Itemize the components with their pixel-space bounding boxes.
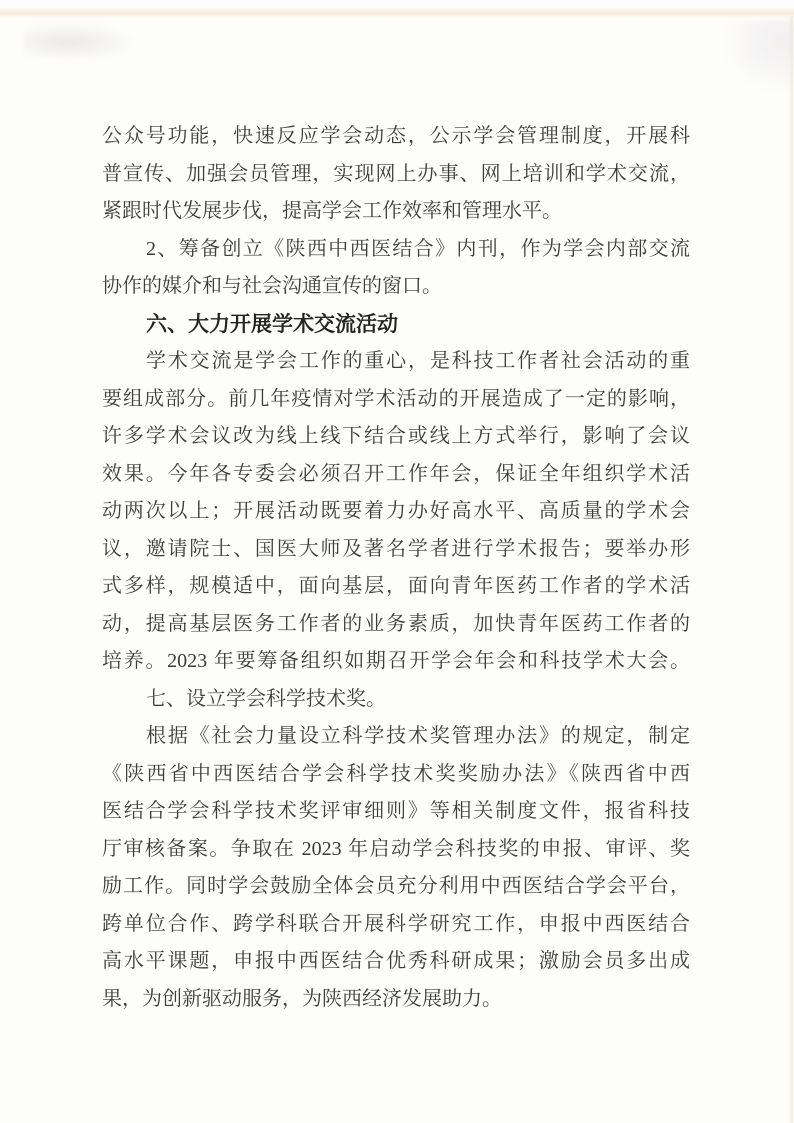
para-science-award-line-1: 根据《社会力量设立科学技术奖管理办法》的规定，制定 [102, 718, 690, 756]
scanned-document-page: 公众号功能，快速反应学会动态，公示学会管理制度，开展科普宣传、加强会员管理，实现… [0, 0, 794, 1123]
heading-section-6-line-1: 六、大力开展学术交流活动 [102, 306, 690, 344]
para-science-award-line-5: 励工作。同时学会鼓励全体会员充分利用中西医结合学会平台， [102, 868, 690, 906]
scan-artifact-smudge-top-left [24, 24, 134, 60]
para-neikan-line-1: 2、筹备创立《陕西中西医结合》内刊，作为学会内部交流 [102, 231, 690, 269]
para-science-award-line-2: 《陕西省中西医结合学会科学技术奖奖励办法》《陕西省中西 [102, 756, 690, 794]
scan-artifact-top-band [0, 8, 794, 19]
heading-section-7-line-1: 七、设立学会科学技术奖。 [102, 681, 690, 719]
para-continuation-line-1: 公众号功能，快速反应学会动态，公示学会管理制度，开展科 [102, 118, 690, 156]
para-science-award-line-3: 医结合学会科学技术奖评审细则》等相关制度文件，报省科技 [102, 793, 690, 831]
para-science-award-line-7: 高水平课题，申报中西医结合优秀科研成果；激励会员多出成 [102, 943, 690, 981]
para-continuation-line-2: 普宣传、加强会员管理，实现网上办事、网上培训和学术交流， [102, 156, 690, 194]
para-academic-exchange-line-7: 式多样，规模适中，面向基层，面向青年医药工作者的学术活 [102, 568, 690, 606]
para-academic-exchange-line-8: 动，提高基层医务工作者的业务素质，加快青年医药工作者的 [102, 606, 690, 644]
scan-artifact-smudge-top-right [724, 20, 794, 90]
para-academic-exchange-line-1: 学术交流是学会工作的重心，是科技工作者社会活动的重 [102, 343, 690, 381]
para-continuation-line-3: 紧跟时代发展步伐，提高学会工作效率和管理水平。 [102, 193, 690, 231]
para-academic-exchange-line-9: 培养。2023 年要筹备组织如期召开学会年会和科技学术大会。 [102, 643, 690, 681]
para-science-award-line-4: 厅审核备案。争取在 2023 年启动学会科技奖的申报、审评、奖 [102, 831, 690, 869]
document-body: 公众号功能，快速反应学会动态，公示学会管理制度，开展科普宣传、加强会员管理，实现… [102, 118, 690, 1018]
para-neikan-line-2: 协作的媒介和与社会沟通宣传的窗口。 [102, 268, 690, 306]
para-science-award-line-8: 果，为创新驱动服务，为陕西经济发展助力。 [102, 981, 690, 1019]
para-science-award-line-6: 跨单位合作、跨学科联合开展科学研究工作，申报中西医结合 [102, 906, 690, 944]
para-academic-exchange-line-5: 动两次以上；开展活动既要着力办好高水平、高质量的学术会 [102, 493, 690, 531]
para-academic-exchange-line-4: 效果。今年各专委会必须召开工作年会，保证全年组织学术活 [102, 456, 690, 494]
para-academic-exchange-line-6: 议，邀请院士、国医大师及著名学者进行学术报告；要举办形 [102, 531, 690, 569]
para-academic-exchange-line-2: 要组成部分。前几年疫情对学术活动的开展造成了一定的影响， [102, 381, 690, 419]
scan-artifact-right-edge [789, 16, 793, 1123]
para-academic-exchange-line-3: 许多学术会议改为线上线下结合或线上方式举行，影响了会议 [102, 418, 690, 456]
